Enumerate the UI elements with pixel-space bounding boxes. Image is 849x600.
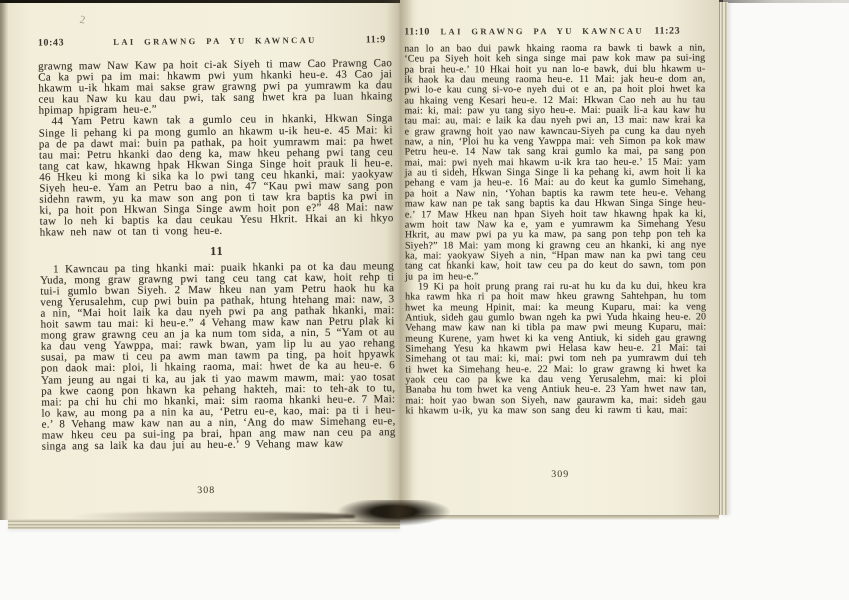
left-page-content: 2 10:43 LAI GRAWNG PA YU KAWNCAU 11:9 gr… <box>6 1 403 521</box>
gutter-bottom-shadow <box>338 500 450 526</box>
verse-ref-start: 11:10 <box>404 26 430 37</box>
book-scan: 2 10:43 LAI GRAWNG PA YU KAWNCAU 11:9 gr… <box>0 0 849 600</box>
bottom-shadow <box>70 512 355 521</box>
left-page-header: 10:43 LAI GRAWNG PA YU KAWNCAU 11:9 <box>38 34 386 48</box>
chapter-heading: 11 <box>40 244 394 258</box>
paragraph: grawng maw Naw Kaw pa hoit ci-ak Siyeh t… <box>38 58 393 117</box>
verse-ref-end: 11:9 <box>366 34 386 45</box>
right-page-body: nan lo an bao dui pawk hkaing raoma ra b… <box>404 43 706 416</box>
right-page-header: 11:10 LAI GRAWNG PA YU KAWNCAU 11:23 <box>404 26 680 38</box>
paragraph: 44 Yam Petru kawn tak a gumlo ceu in hka… <box>39 114 394 239</box>
right-page-fore-edge <box>719 2 728 515</box>
verse-ref-start: 10:43 <box>38 37 64 48</box>
verse-ref-end: 11:23 <box>654 26 680 37</box>
scanner-lid-edge <box>723 0 849 3</box>
pencil-mark: 2 <box>79 14 86 27</box>
paragraph: 19 Ki pa hoit prung prang rai ru-at hu k… <box>405 281 706 417</box>
page-number: 308 <box>10 483 402 498</box>
page-number: 309 <box>401 468 720 480</box>
left-page: 2 10:43 LAI GRAWNG PA YU KAWNCAU 11:9 gr… <box>8 3 400 519</box>
running-title: LAI GRAWNG PA YU KAWNCAU <box>113 35 317 47</box>
running-title: LAI GRAWNG PA YU KAWNCAU <box>440 26 644 37</box>
paragraph: 1 Kawncau pa ting hkanki mai: puaik hkan… <box>40 261 396 453</box>
left-page-body: grawng maw Naw Kaw pa hoit ci-ak Siyeh t… <box>38 58 396 453</box>
right-page-content: 11:10 LAI GRAWNG PA YU KAWNCAU 11:23 nan… <box>399 0 720 517</box>
paragraph: nan lo an bao dui pawk hkaing raoma ra b… <box>404 43 706 282</box>
right-page: 11:10 LAI GRAWNG PA YU KAWNCAU 11:23 nan… <box>400 0 719 516</box>
